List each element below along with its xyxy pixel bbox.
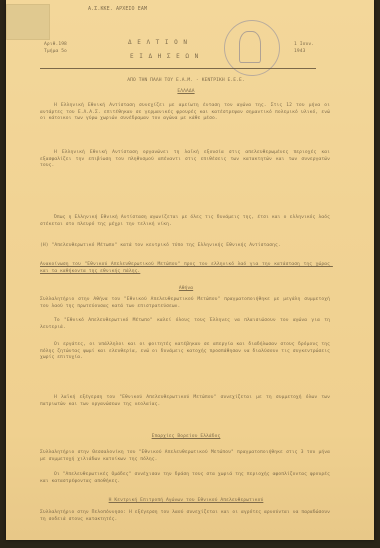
header-date-line1: 1 Ιουν. (294, 42, 314, 49)
document-title-line1: Δ Ε Λ Τ Ι Ο Ν (128, 40, 188, 47)
heading-athens: Αθήνα (146, 286, 226, 293)
paragraph-athens-1: Συλλαλητήριο στην Αθήνα του "Εθνικού Απε… (40, 297, 330, 310)
paragraph-north-2: Οι "Απελευθερωτικές Ομάδες" συνέχισαν τη… (40, 472, 330, 485)
paragraph-committee-1: Συλλαλητήριο στην Πελοπόννησο: Η εξέγερσ… (40, 510, 330, 523)
underlined-announcement: Ανακοίνωση του "Εθνικού Απελευθερωτικού … (40, 262, 330, 275)
heading-committee: Η Κεντρική Επιτροπή Αγώνων του Εθνικού Α… (66, 498, 306, 505)
paragraph-2: Η Ελληνική Εθνική Αντίσταση οργανώνει τη… (40, 150, 330, 170)
header-left-line2: Τμήμα 5ο (44, 49, 67, 56)
paragraph-athens-2: Το "Εθνικό Απελευθερωτικό Μέτωπο" καλεί … (40, 318, 330, 331)
document-subtitle: ΑΠΟ ΤΗΝ ΠΑΛΗ ΤΟΥ Ε.Α.Μ. - ΚΕΝΤΡΙΚΗ Ε.Ε.Ε… (66, 78, 306, 85)
paragraph-3: Όπως η Ελληνική Εθνική Αντίσταση αγωνίζε… (40, 215, 330, 228)
header-left-line1: Αριθ.198 (44, 42, 67, 49)
heading-north: Επαρχίες Βορείου Ελλάδος (96, 434, 276, 441)
header-date-line2: 1943 (294, 49, 305, 56)
seal-emblem-icon (239, 31, 261, 63)
paragraph-north-1: Συλλαλητήριο στην Θεσσαλονίκη του "Εθνικ… (40, 450, 330, 463)
paragraph-4: (Η) "Απελευθερωτικό Μέτωπο" κατά τον κεν… (40, 243, 330, 250)
archive-reference: Α.Σ.ΚΚΕ. ΑΡΧΕΙΟ ΕΑΜ (88, 6, 147, 13)
paragraph-1: Η Ελληνική Εθνική Αντίσταση συνεχίζει με… (40, 103, 330, 123)
scanned-document-page: Α.Σ.ΚΚΕ. ΑΡΧΕΙΟ ΕΑΜ Αριθ.198 Τμήμα 5ο Δ … (6, 0, 374, 540)
paragraph-athens-4: Η λαϊκή εξέγερση του "Εθνικού Απελευθερω… (40, 395, 330, 408)
document-title-line2: Ε Ι Δ Η Σ Ε Ω Ν (130, 54, 199, 61)
archive-stamp (6, 4, 50, 40)
section-heading: ΕΛΛΑΔΑ (126, 89, 246, 96)
header-divider (40, 68, 316, 69)
paragraph-athens-3: Οι εργάτες, οι υπάλληλοι και οι φοιτητές… (40, 342, 330, 362)
